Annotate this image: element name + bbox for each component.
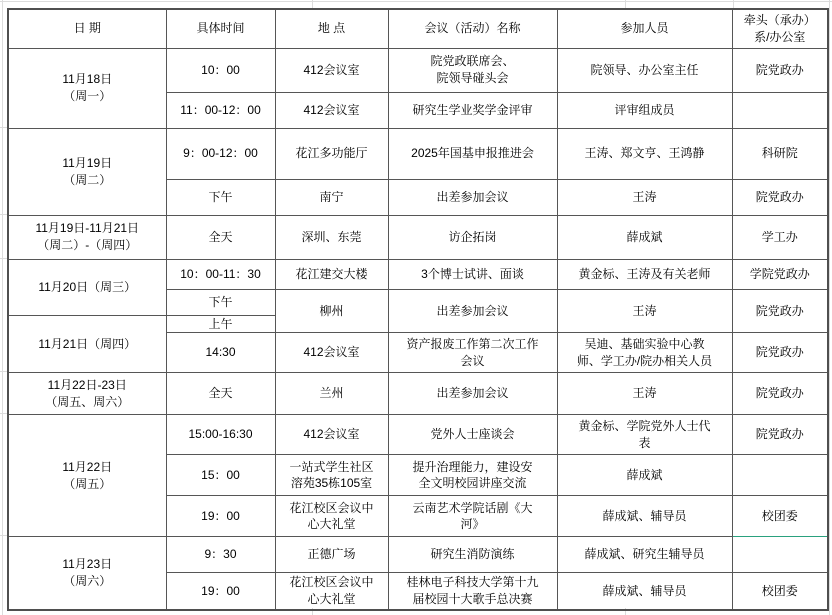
gridline-row-margin-2: [0, 214, 7, 215]
time-cell[interactable]: 9：00-12：00: [166, 128, 275, 179]
participants-cell[interactable]: 薛成斌、辅导员: [557, 573, 732, 610]
table-row: 11月23日 （周六） 9：30 正德广场 研究生消防演练 薛成斌、研究生辅导员: [8, 537, 828, 573]
gridline-row-margin-4: [0, 371, 7, 372]
event-cell[interactable]: 桂林电子科技大学第十九 届校园十大歌手总决赛: [388, 573, 557, 610]
gridline-col-above-3: [733, 0, 734, 8]
time-cell[interactable]: 14:30: [166, 333, 275, 373]
date-cell[interactable]: 11月22日-23日 （周五、周六）: [8, 373, 166, 415]
participants-cell[interactable]: 王涛: [557, 179, 732, 215]
event-cell[interactable]: 研究生消防演练: [388, 537, 557, 573]
location-cell[interactable]: 412会议室: [275, 48, 388, 92]
event-cell[interactable]: 出差参加会议: [388, 179, 557, 215]
gridline-top: [0, 1, 832, 2]
lead-cell[interactable]: [732, 537, 828, 573]
table-row: 11月22日-23日 （周五、周六） 全天 兰州 出差参加会议 王涛 院党政办: [8, 373, 828, 415]
date-cell[interactable]: 11月21日（周四）: [8, 315, 166, 373]
event-cell[interactable]: 2025年国基申报推进会: [388, 128, 557, 179]
lead-cell[interactable]: 科研院: [732, 128, 828, 179]
location-cell[interactable]: 花江多功能厅: [275, 128, 388, 179]
location-cell[interactable]: 正德广场: [275, 537, 388, 573]
header-event-name[interactable]: 会议（活动）名称: [388, 9, 557, 48]
event-cell[interactable]: 党外人士座谈会: [388, 415, 557, 455]
participants-cell[interactable]: 评审组成员: [557, 92, 732, 128]
location-cell[interactable]: 兰州: [275, 373, 388, 415]
header-lead-office[interactable]: 牵头（承办） 系/办公室: [732, 9, 828, 48]
participants-cell[interactable]: 王涛: [557, 373, 732, 415]
lead-cell[interactable]: 院党政办: [732, 289, 828, 333]
time-cell[interactable]: 19：00: [166, 496, 275, 537]
lead-cell[interactable]: 院党政办: [732, 373, 828, 415]
gridline-row-margin-1: [0, 127, 7, 128]
event-cell[interactable]: 云南艺术学院话剧《大 河》: [388, 496, 557, 537]
event-cell[interactable]: 出差参加会议: [388, 289, 557, 333]
lead-cell[interactable]: [732, 92, 828, 128]
lead-cell[interactable]: [732, 455, 828, 496]
time-cell[interactable]: 10：00-11：30: [166, 259, 275, 289]
gridline-right: [829, 0, 830, 615]
time-cell[interactable]: 上午: [166, 315, 275, 333]
date-cell[interactable]: 11月20日（周三）: [8, 259, 166, 315]
time-cell[interactable]: 下午: [166, 289, 275, 315]
time-cell[interactable]: 11：00-12：00: [166, 92, 275, 128]
lead-cell[interactable]: 学工办: [732, 215, 828, 259]
event-cell[interactable]: 出差参加会议: [388, 373, 557, 415]
header-row: 日 期 具体时间 地 点 会议（活动）名称 参加人员 牵头（承办） 系/办公室: [8, 9, 828, 48]
location-cell[interactable]: 花江校区会议中 心大礼堂: [275, 496, 388, 537]
location-cell[interactable]: 412会议室: [275, 92, 388, 128]
lead-cell[interactable]: 校团委: [732, 573, 828, 610]
gridline-left: [2, 0, 3, 615]
lead-cell[interactable]: 学院党政办: [732, 259, 828, 289]
gridline-col-above-2: [625, 0, 626, 8]
participants-cell[interactable]: 王涛、郑文亨、王鸿静: [557, 128, 732, 179]
location-cell[interactable]: 花江校区会议中 心大礼堂: [275, 573, 388, 610]
selected-cell[interactable]: 校团委: [732, 496, 828, 537]
participants-cell[interactable]: 薛成斌: [557, 455, 732, 496]
date-cell[interactable]: 11月23日 （周六）: [8, 537, 166, 610]
participants-cell[interactable]: 薛成斌: [557, 215, 732, 259]
schedule-table: 日 期 具体时间 地 点 会议（活动）名称 参加人员 牵头（承办） 系/办公室 …: [7, 8, 829, 611]
date-cell[interactable]: 11月19日 （周二）: [8, 128, 166, 215]
date-cell[interactable]: 11月22日 （周五）: [8, 415, 166, 537]
participants-cell[interactable]: 院领导、办公室主任: [557, 48, 732, 92]
time-cell[interactable]: 15：00: [166, 455, 275, 496]
lead-cell[interactable]: 院党政办: [732, 333, 828, 373]
time-cell[interactable]: 10：00: [166, 48, 275, 92]
header-location[interactable]: 地 点: [275, 9, 388, 48]
participants-cell[interactable]: 王涛: [557, 289, 732, 333]
location-cell[interactable]: 412会议室: [275, 415, 388, 455]
lead-cell[interactable]: 院党政办: [732, 179, 828, 215]
participants-cell[interactable]: 薛成斌、研究生辅导员: [557, 537, 732, 573]
gridline-col-above-1: [312, 0, 313, 8]
time-cell[interactable]: 19：00: [166, 573, 275, 610]
time-cell[interactable]: 全天: [166, 373, 275, 415]
location-cell[interactable]: 南宁: [275, 179, 388, 215]
participants-cell[interactable]: 黄金标、王涛及有关老师: [557, 259, 732, 289]
event-cell[interactable]: 资产报废工作第二次工作 会议: [388, 333, 557, 373]
table-row: 11月18日 （周一） 10：00 412会议室 院党政联席会、 院领导碰头会 …: [8, 48, 828, 92]
location-cell[interactable]: 412会议室: [275, 333, 388, 373]
header-participants[interactable]: 参加人员: [557, 9, 732, 48]
participants-cell[interactable]: 吴迪、基础实验中心教 师、学工办/院办相关人员: [557, 333, 732, 373]
event-cell[interactable]: 访企拓岗: [388, 215, 557, 259]
time-cell[interactable]: 15:00-16:30: [166, 415, 275, 455]
participants-cell[interactable]: 薛成斌、辅导员: [557, 496, 732, 537]
participants-cell[interactable]: 黄金标、学院党外人士代 表: [557, 415, 732, 455]
time-cell[interactable]: 9：30: [166, 537, 275, 573]
event-cell[interactable]: 提升治理能力，建设安 全文明校园讲座交流: [388, 455, 557, 496]
event-cell[interactable]: 3个博士试讲、面谈: [388, 259, 557, 289]
location-cell[interactable]: 一站式学生社区 溶苑35栋105室: [275, 455, 388, 496]
event-cell[interactable]: 院党政联席会、 院领导碰头会: [388, 48, 557, 92]
lead-cell[interactable]: 院党政办: [732, 415, 828, 455]
date-cell[interactable]: 11月19日-11月21日 （周二）-（周四）: [8, 215, 166, 259]
time-cell[interactable]: 全天: [166, 215, 275, 259]
header-time[interactable]: 具体时间: [166, 9, 275, 48]
event-cell[interactable]: 研究生学业奖学金评审: [388, 92, 557, 128]
gridline-row-margin-3: [0, 258, 7, 259]
date-cell[interactable]: 11月18日 （周一）: [8, 48, 166, 128]
lead-cell[interactable]: 院党政办: [732, 48, 828, 92]
location-cell[interactable]: 深圳、东莞: [275, 215, 388, 259]
table-row: 11月22日 （周五） 15:00-16:30 412会议室 党外人士座谈会 黄…: [8, 415, 828, 455]
location-cell[interactable]: 花江建交大楼: [275, 259, 388, 289]
table-row: 11月19日-11月21日 （周二）-（周四） 全天 深圳、东莞 访企拓岗 薛成…: [8, 215, 828, 259]
time-cell[interactable]: 下午: [166, 179, 275, 215]
gridline-row-margin-5: [0, 413, 7, 414]
gridline-row-margin-6: [0, 535, 7, 536]
location-cell[interactable]: 柳州: [275, 289, 388, 333]
table-row: 11月19日 （周二） 9：00-12：00 花江多功能厅 2025年国基申报推…: [8, 128, 828, 179]
header-date[interactable]: 日 期: [8, 9, 166, 48]
table-row: 11月20日（周三） 10：00-11：30 花江建交大楼 3个博士试讲、面谈 …: [8, 259, 828, 289]
